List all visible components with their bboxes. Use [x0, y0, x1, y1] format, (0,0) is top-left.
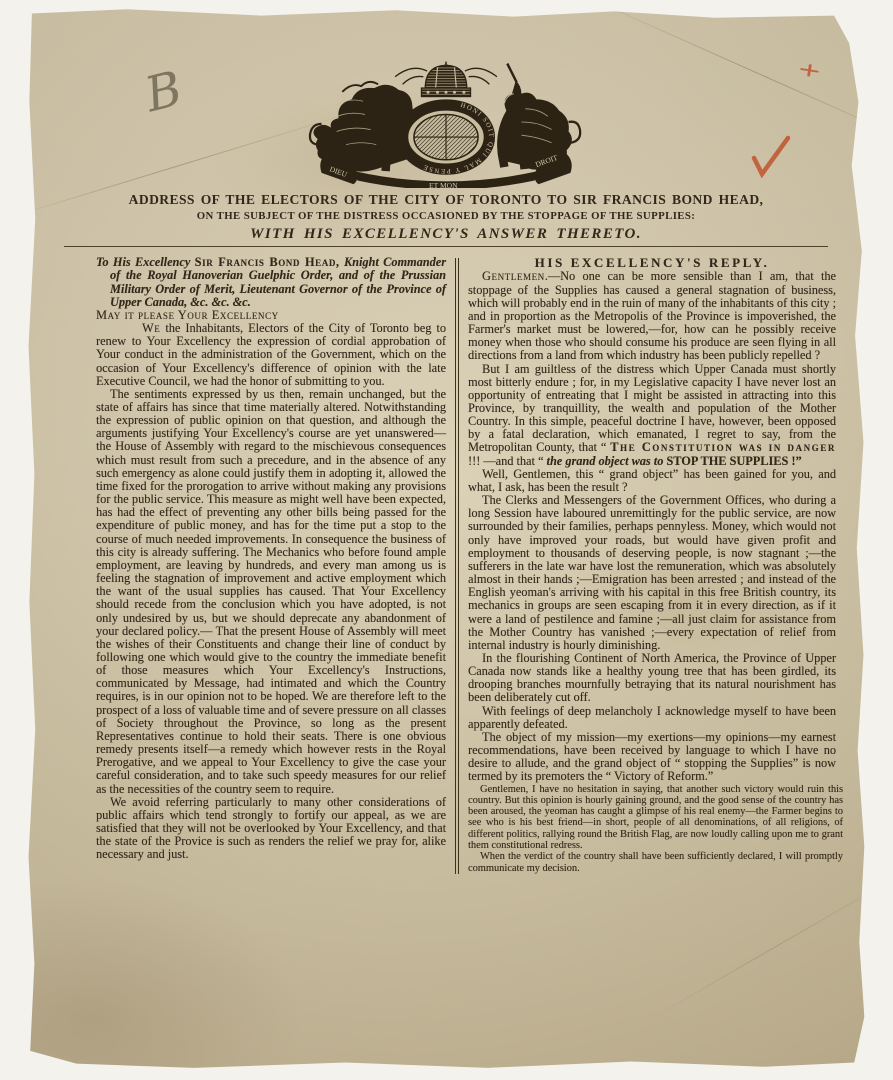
header-rule — [64, 246, 828, 247]
paragraph: With feelings of deep melancholy I ackno… — [468, 705, 836, 731]
text-segment: We avoid referring particularly to many … — [96, 795, 446, 862]
text-segment: Gentlemen — [482, 269, 545, 283]
text-segment: .—No one can be more sensible than I am,… — [468, 269, 836, 362]
title-line-2: ON THE SUBJECT OF THE DISTRESS OCCASIONE… — [32, 209, 860, 224]
paper-crease — [582, 0, 893, 150]
title-line-3: WITH HIS EXCELLENCY'S ANSWER THERETO. — [32, 225, 860, 244]
paragraph: Well, Gentlemen, this “ grand object” ha… — [468, 468, 836, 494]
address-column: To His Excellency Sir Francis Bond Head,… — [96, 256, 455, 874]
garter-band: HONI SOIT QUI MAL Y PENSE — [403, 102, 495, 174]
reply-paragraphs: Gentlemen.—No one can be more sensible t… — [468, 270, 836, 873]
crown-icon — [421, 62, 470, 97]
text-segment: Well, Gentlemen, this “ grand object” ha… — [468, 467, 836, 494]
text-segment: the grand object was to — [547, 454, 664, 468]
royal-coat-of-arms-engraving: HONI SOIT QUI MAL Y PENSE DIEU ET MON DR… — [302, 56, 590, 188]
red-check-annotation — [748, 134, 796, 178]
title-line-1: ADDRESS OF THE ELECTORS OF THE CITY OF T… — [32, 192, 860, 209]
document-header: ADDRESS OF THE ELECTORS OF THE CITY OF T… — [26, 192, 866, 247]
text-segment: To His Excellency — [96, 255, 195, 269]
text-segment: With feelings of deep melancholy I ackno… — [468, 704, 836, 731]
reply-column: HIS EXCELLENCY'S REPLY. Gentlemen.—No on… — [459, 256, 836, 874]
text-segment: The Clerks and Messengers of the Governm… — [468, 493, 836, 652]
ribbon-motto-center: ET MON — [429, 181, 458, 188]
paragraph: The Clerks and Messengers of the Governm… — [468, 494, 836, 652]
text-segment: !!! —and that “ — [468, 454, 547, 468]
text-segment: The sentiments expressed by us then, rem… — [96, 387, 446, 796]
paragraph: Gentlemen, I have no hesitation in sayin… — [468, 784, 843, 852]
paragraph: To His Excellency Sir Francis Bond Head,… — [96, 256, 446, 309]
paragraph: When the verdict of the country shall ha… — [468, 851, 843, 874]
text-segment: May it please Your Excellency — [96, 308, 279, 322]
text-segment: The object of my mission—my exertions—my… — [468, 730, 836, 783]
paragraph: The object of my mission—my exertions—my… — [468, 731, 836, 784]
paragraph: The sentiments expressed by us then, rem… — [96, 388, 446, 796]
handwritten-pencil-mark: B — [140, 61, 188, 124]
text-segment: In the flourishing Continent of North Am… — [468, 651, 836, 704]
text-segment: The Constitution was in danger — [610, 440, 836, 454]
paper-sheet: HONI SOIT QUI MAL Y PENSE DIEU ET MON DR… — [26, 6, 866, 1070]
paragraph: We the Inhabitants, Electors of the City… — [96, 322, 446, 388]
reply-heading: HIS EXCELLENCY'S REPLY. — [468, 256, 836, 269]
paragraph: We avoid referring particularly to many … — [96, 796, 446, 862]
scanned-broadside-page: HONI SOIT QUI MAL Y PENSE DIEU ET MON DR… — [0, 0, 893, 1080]
paragraph: But I am guiltless of the distress which… — [468, 363, 836, 468]
red-plus-annotation: + — [796, 54, 823, 87]
text-segment: When the verdict of the country shall ha… — [468, 851, 843, 873]
text-segment: Gentlemen, I have no hesitation in sayin… — [468, 784, 843, 851]
paper-crease — [646, 871, 893, 1022]
text-segment: Sir Francis Bond Head, — [195, 255, 340, 269]
paragraph: In the flourishing Continent of North Am… — [468, 652, 836, 705]
unicorn-supporter-icon — [497, 64, 580, 170]
paragraph: Gentlemen.—No one can be more sensible t… — [468, 270, 836, 362]
text-segment: We — [142, 321, 160, 335]
two-column-body: To His Excellency Sir Francis Bond Head,… — [26, 254, 866, 874]
text-segment: STOP THE SUPPLIES !” — [663, 454, 801, 468]
